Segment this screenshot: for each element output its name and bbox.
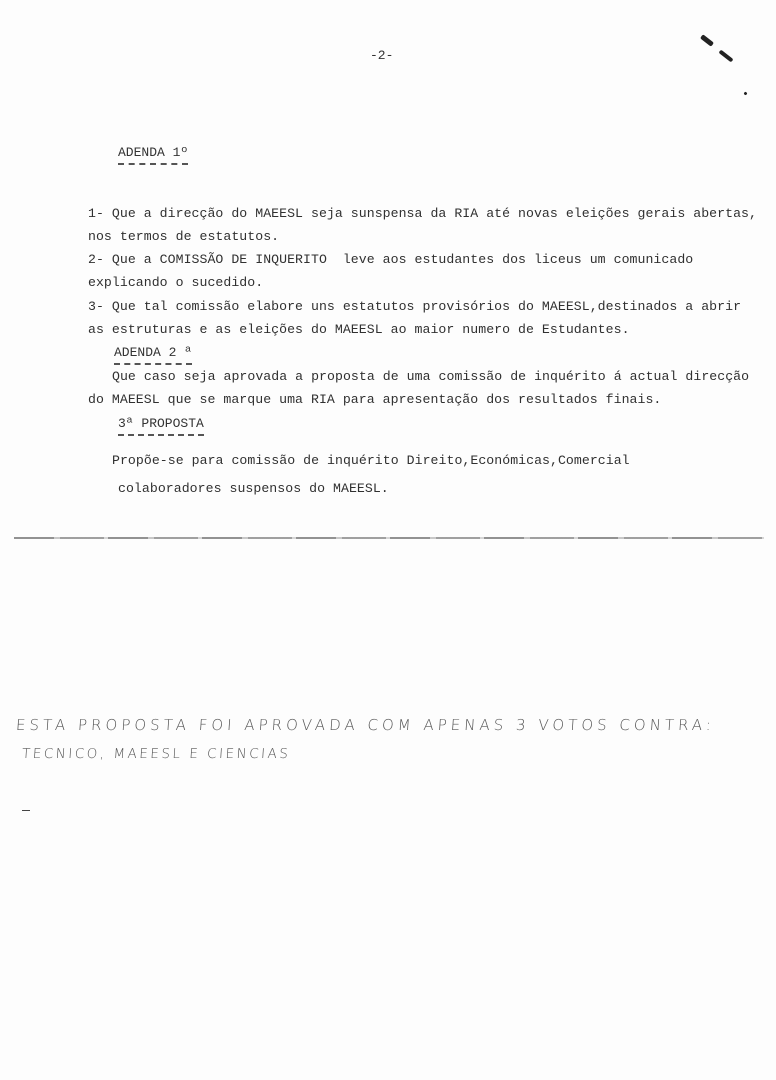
addendum2-title-text: ADENDA 2 ª xyxy=(114,345,192,360)
ink-smudge xyxy=(718,49,733,62)
addendum1-title: ADENDA 1º xyxy=(118,145,188,165)
addendum1-item1-line1: 1- Que a direcção do MAEESL seja sunspen… xyxy=(88,206,757,222)
horizontal-rule xyxy=(14,537,764,539)
page-number: -2- xyxy=(370,48,393,63)
addendum1-item1-line2: nos termos de estatutos. xyxy=(88,229,279,245)
proposal3-title: 3ª PROPOSTA xyxy=(118,416,204,436)
addendum1-item3-line1: 3- Que tal comissão elabore uns estatuto… xyxy=(88,299,741,315)
proposal3-title-text: 3ª PROPOSTA xyxy=(118,416,204,431)
addendum2-line2: do MAEESL que se marque uma RIA para apr… xyxy=(88,392,661,408)
underline xyxy=(114,361,192,365)
addendum1-item2-line2: explicando o sucedido. xyxy=(88,275,263,291)
addendum2-line1: Que caso seja aprovada a proposta de uma… xyxy=(112,369,749,385)
ink-smudge xyxy=(700,34,714,47)
proposal3-line1: Propõe-se para comissão de inquérito Dir… xyxy=(112,453,630,469)
underline xyxy=(118,161,188,165)
addendum1-item3-line2: as estruturas e as eleições do MAEESL ao… xyxy=(88,322,630,338)
document-page: -2- ADENDA 1º 1- Que a direcção do MAEES… xyxy=(0,0,776,1080)
underline xyxy=(118,432,204,436)
handwritten-note-line1: ESTA PROPOSTA FOI APROVADA COM APENAS 3 … xyxy=(15,716,715,734)
proposal3-line2: colaboradores suspensos do MAEESL. xyxy=(118,481,389,497)
addendum1-item2-line1: 2- Que a COMISSÃO DE INQUERITO leve aos … xyxy=(88,252,693,268)
margin-mark xyxy=(22,810,30,811)
ink-smudge xyxy=(743,91,747,95)
addendum2-title: ADENDA 2 ª xyxy=(114,345,192,365)
handwritten-note-line2: TECNICO, MAEESL E CIENCIAS xyxy=(21,746,290,762)
addendum1-title-text: ADENDA 1º xyxy=(118,145,188,160)
